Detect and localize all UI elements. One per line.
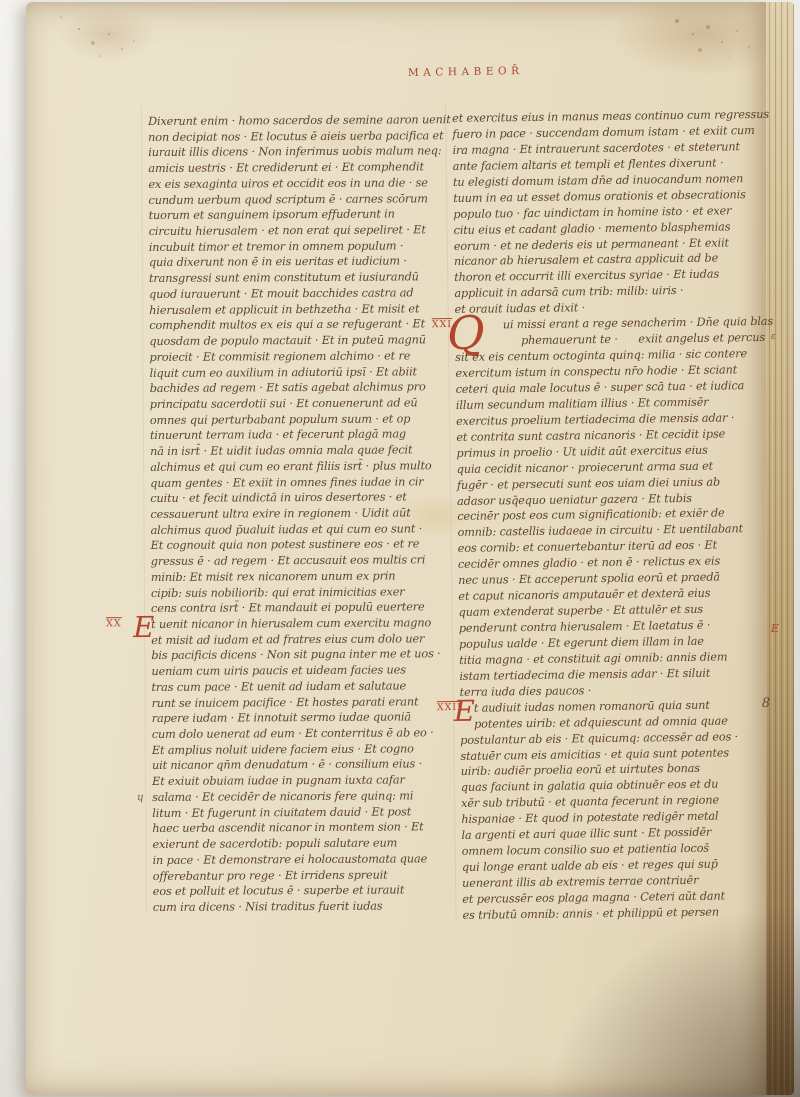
manuscript-line: comphendit multos ex eis qui a se refuge… xyxy=(149,315,439,332)
manuscript-line: cessauerunt ultra exire in regionem · Ui… xyxy=(150,503,440,520)
manuscript-line: ɥsalama · Et cecidēr de nicanoris fere q… xyxy=(152,786,442,803)
manuscript-line: tinuerunt terram iuda · et fecerunt plag… xyxy=(150,425,440,442)
manuscript-line: Et amplius noluit uidere faciem eius · E… xyxy=(152,739,442,756)
quire-mark: 8 xyxy=(762,696,770,712)
manuscript-line: in pace · Et demonstrare ei holocaustoma… xyxy=(153,849,443,866)
manuscript-line: cundum uerbum quod scriptum ē · carnes s… xyxy=(148,189,438,206)
manuscript-photo: MACHABEOR̄ Dixerunt enim · homo sacerdos… xyxy=(0,0,800,1097)
text-column-left: Dixerunt enim · homo sacerdos de semine … xyxy=(148,110,443,913)
manuscript-line: liquit cum eo auxilium in adiutoriū ipsī… xyxy=(150,362,440,379)
manuscript-line: alchimus quod p̄ualuit iudas et qui cum … xyxy=(150,519,440,536)
manuscript-line: ex eis sexaginta uiros et occidit eos in… xyxy=(148,173,438,190)
manuscript-line: offerebantur pro rege · Et irridens spre… xyxy=(153,865,443,882)
manuscript-line: non decipiat nos · Et locutus ē aieis ue… xyxy=(148,126,438,143)
manuscript-line: cum dolo uenerat ad eum · Et conterritus… xyxy=(152,723,442,740)
manuscript-line: cuitu · et fecit uindictā in uiros deser… xyxy=(150,487,440,504)
manuscript-line: XXEt uenit nicanor in hierusalem cum exe… xyxy=(151,613,441,630)
manuscript-line: transgressi sunt enim constitutum et ius… xyxy=(149,267,439,284)
manuscript-line: bachides ad regem · Et satis agebat alch… xyxy=(150,377,440,394)
margin-mark: ɥ xyxy=(137,790,144,806)
manuscript-line: et misit ad iudam et ad fratres eius cum… xyxy=(151,629,441,646)
manuscript-line: amicis uestris · Et crediderunt ei · Et … xyxy=(148,157,438,174)
manuscript-line: Et cognouit quia non potest sustinere eo… xyxy=(151,535,441,552)
manuscript-line: omnes qui perturbabant populum suum · et… xyxy=(150,409,440,426)
manuscript-line: quia dixerunt non ē in eis ueritas et iu… xyxy=(149,252,439,269)
manuscript-line: haec uerba ascendit nicanor in montem si… xyxy=(152,818,442,835)
manuscript-line: cens contra isrt̄ · Et mandauit ei popul… xyxy=(151,598,441,615)
line-text: cum ira dicens · Nisi traditus fuerit iu… xyxy=(153,900,383,914)
manuscript-line: quod iurauerunt · Et mouit bacchides cas… xyxy=(149,283,439,300)
manuscript-line: runt se inuicem pacifice · Et hostes par… xyxy=(152,692,442,709)
manuscript-line: quosdam de populo mactauit · Et in puteū… xyxy=(149,330,439,347)
manuscript-line: exierunt de sacerdotib: populi salutare … xyxy=(152,833,442,850)
manuscript-line: tuorum et sanguinem ipsorum effuderunt i… xyxy=(149,205,439,222)
manuscript-line: litum · Et fugerunt in ciuitatem dauid ·… xyxy=(152,802,442,819)
parchment-stain-speckles xyxy=(0,0,2,2)
manuscript-line: hierusalem et applicuit in bethzetha · E… xyxy=(149,299,439,316)
manuscript-line: ueniam cum uiris paucis et uideam facies… xyxy=(151,660,441,677)
running-title: MACHABEOR̄ xyxy=(408,65,524,79)
manuscript-line: iurauit illis dicens · Non inferimus uob… xyxy=(148,142,438,159)
manuscript-line: uit nicanor qn̄m denudatum · ē · consili… xyxy=(152,755,442,772)
text-column-right: et exercitus eius in manus meas continuo… xyxy=(452,105,781,922)
manuscript-line: quam gentes · Et exiit in omnes fines iu… xyxy=(150,472,440,489)
chapter-number: XX xyxy=(106,616,122,632)
manuscript-line: cipib: suis nobiliorib: qui erat inimici… xyxy=(151,582,441,599)
manuscript-line: gressus ē · ad regem · Et accusauit eos … xyxy=(151,550,441,567)
manuscript-line: principatu sacerdotii sui · Et conueneru… xyxy=(150,393,440,410)
manuscript-line: alchimus et qui cum eo erant filiis isrt… xyxy=(150,456,440,473)
manuscript-line: nā in isrt̄ · Et uidit iudas omnia mala … xyxy=(150,440,440,457)
manuscript-line: Et exiuit obuiam iudae in pugnam iuxta c… xyxy=(152,770,442,787)
manuscript-line: circuitu hierusalem · et non erat qui se… xyxy=(149,220,439,237)
manuscript-line: tras cum pace · Et uenit ad iudam et sal… xyxy=(151,676,441,693)
manuscript-line: cum ira dicens · Nisi traditus fuerit iu… xyxy=(153,896,443,913)
manuscript-line: minib: Et misit rex nicanorem unum ex pr… xyxy=(151,566,441,583)
manuscript-line: Dixerunt enim · homo sacerdos de semine … xyxy=(148,110,438,127)
manuscript-line: incubuit timor et tremor in omnem populu… xyxy=(149,236,439,253)
manuscript-line: eos et polluit et locutus ē · superbe et… xyxy=(153,880,443,897)
manuscript-line: rapere iudam · Et innotuit sermo iudae q… xyxy=(152,708,442,725)
manuscript-line: bis pacificis dicens · Non sit pugna int… xyxy=(151,645,441,662)
manuscript-line: proiecit · Et commisit regionem alchimo … xyxy=(149,346,439,363)
